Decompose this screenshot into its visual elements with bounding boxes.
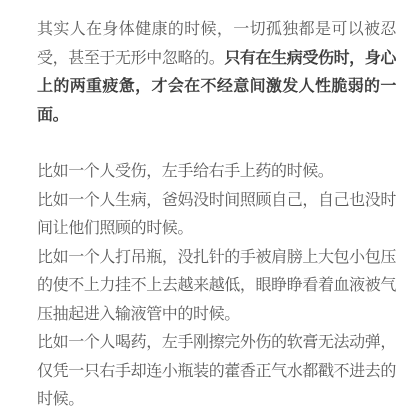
example-paragraph-medicine: 比如一个人喝药，左手刚擦完外伤的软膏无法动弹，仅凭一只右手却连小瓶装的藿香正气水… — [37, 329, 396, 415]
example-paragraph-injury: 比如一个人受伤，左手给右手上药的时候。 — [37, 158, 396, 187]
example-paragraph-iv-drip: 比如一个人打吊瓶，没扎针的手被肩膀上大包小包压的使不上力挂不上去越来越低，眼睁睁… — [37, 244, 396, 330]
text-post-page: 其实人在身体健康的时候，一切孤独都是可以被忍受，甚至于无形中忽略的。只有在生病受… — [0, 0, 420, 420]
intro-paragraph: 其实人在身体健康的时候，一切孤独都是可以被忍受，甚至于无形中忽略的。只有在生病受… — [37, 16, 396, 130]
example-paragraph-sick: 比如一个人生病，爸妈没时间照顾自己，自己也没时间让他们照顾的时候。 — [37, 187, 396, 244]
